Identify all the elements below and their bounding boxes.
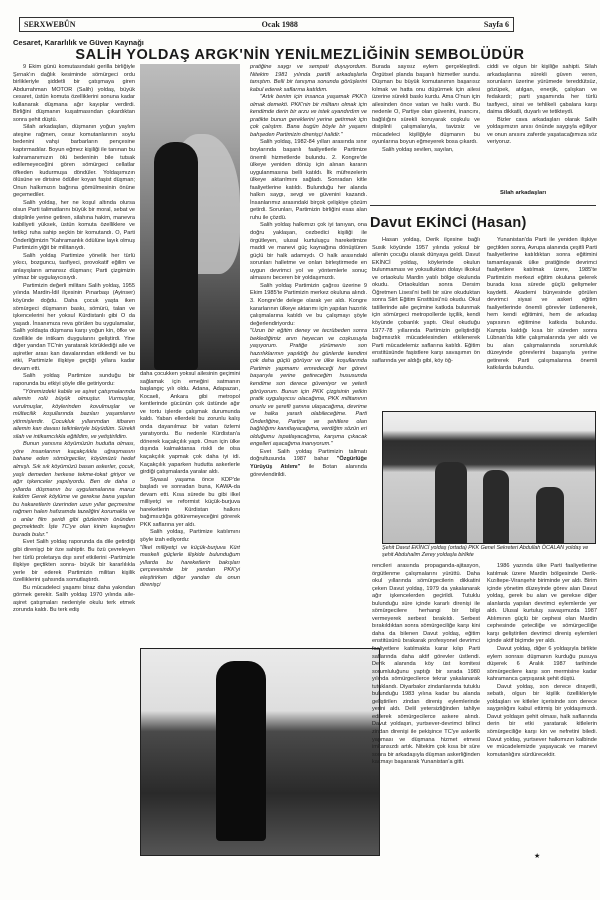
paragraph: Salih yoldaş Partimizin çağrısı üzerine … (250, 283, 367, 328)
quote-paragraph: "Artık benim için insanca yaşamak PKK'lı… (250, 94, 367, 139)
paragraph: Salih yoldaş Partimize yönelik her türlü… (13, 253, 135, 283)
paragraph: Salih yoldaş, 1982-84 yılları arasında s… (250, 139, 367, 222)
paragraph: Yunanistan'da Parti ile yeniden ilişkiye… (487, 237, 597, 373)
paragraph: 9 Ekim günü komutasındaki gerilla birliğ… (13, 64, 135, 124)
article2-column-a: Hasan yoldaş, Derik ilçesine bağlı Susik… (372, 237, 480, 409)
paragraph: Bu mücadeleci yaşamı biraz daha yakından… (13, 585, 135, 615)
article-kicker: Cesaret, Kararlılık ve Güven Kaynağı (13, 38, 144, 47)
article2-column-c: rencileri arasında propaganda-ajitasyon,… (372, 563, 480, 863)
paragraph: 1986 yazında ülke Parti faaliyetlerine k… (487, 563, 597, 646)
paragraph: Salih yoldaş, her ne koşul altında olurs… (13, 200, 135, 253)
photo-figure-shape (483, 470, 509, 544)
quote-paragraph: Bunun yanısıra köyümüzün hudutta olması,… (13, 441, 135, 539)
masthead: SERXWEBÛN Ocak 1988 Sayfa 6 (19, 17, 514, 32)
paragraph: Salih yoldaş halkımızı çok iyi tanıyan, … (250, 222, 367, 282)
end-mark-star-icon: ★ (534, 852, 540, 860)
article-headline: SALİH YOLDAŞ ARGK'NİN YENİLMEZLİĞİNİN SE… (0, 47, 600, 63)
three-men-walking-photo (382, 411, 596, 544)
paragraph: Hasan yoldaş, Derik ilçesine bağlı Susik… (372, 237, 480, 365)
paragraph: rencileri arasında propaganda-ajitasyon,… (372, 563, 480, 767)
paragraph: Partimizin değerli militanı Salih yoldaş… (13, 283, 135, 374)
paragraph: Silah arkadaşları, düşmanın yoğun yaylım… (13, 124, 135, 199)
paragraph: Bizler cava arkadaşları olarak Salih yol… (487, 117, 597, 147)
article-signature: Silah arkadaşları (500, 190, 546, 196)
paragraph: Burada sayısız eylem gerçekleştirdi. Örg… (372, 64, 480, 147)
article1-column-2: daha çocukken yoksul ailesinin geçimini … (140, 371, 240, 648)
photo-figure-shape (536, 487, 564, 544)
paragraph: Davut yoldaş, son derece dirayetli, seba… (487, 684, 597, 759)
article2-column-d: 1986 yazında ülke Parti faaliyetlerine k… (487, 563, 597, 853)
guerrilla-portrait-photo (140, 64, 240, 370)
paragraph: Evet Salih yoldaş raporunda da dile geti… (13, 539, 135, 584)
article1-column-4: Burada sayısız eylem gerçekleştirdi. Örg… (372, 64, 480, 194)
article1-column-3: pratiğine saygı ve sempati duyuyordum. N… (250, 64, 367, 644)
paragraph: ciddi ve olgun bir kişiliğe sahipti. Sil… (487, 64, 597, 117)
photo-figure-shape (435, 462, 467, 544)
paragraph: Evet Salih yoldaş Partimizin talimatı do… (250, 449, 367, 479)
issue-date: Ocak 1988 (262, 20, 298, 29)
paragraph: Salih yoldaş sevilen, sayılan, (372, 147, 480, 155)
paragraph: daha çocukken yoksul ailesinin geçimini … (140, 371, 240, 477)
article2-column-b: Yunanistan'da Parti ile yeniden ilişkiye… (487, 237, 597, 409)
section-divider (370, 205, 596, 206)
quote-paragraph: "Uzun bir eğitim deney ve tecrübeden son… (250, 328, 367, 449)
paragraph: Salih yoldaş, Partimize katılımını şöyle… (140, 529, 240, 544)
guerrilla-field-photo (140, 648, 380, 856)
article1-column-1: 9 Ekim günü komutasındaki gerilla birliğ… (13, 64, 135, 900)
quote-paragraph: "Yöremizdeki kabile ve aşiret çatışmalar… (13, 389, 135, 442)
quote-paragraph: pratiğine saygı ve sempati duyuyordum. N… (250, 64, 367, 94)
photo-figure-shape (154, 142, 198, 370)
page-number: Sayfa 6 (484, 20, 509, 29)
quote-paragraph: "İlkel milliyetçi ve küçük-burjuva Kürt … (140, 545, 240, 590)
publication-name: SERXWEBÛN (24, 20, 76, 29)
obituary-headline: Davut EKİNCİ (Hasan) (370, 215, 527, 231)
paragraph: Davut yoldaş, diğer 6 yoldaşıyla birlikt… (487, 646, 597, 684)
paragraph: Salih yoldaş Partimize sunduğu bir rapor… (13, 373, 135, 388)
photo-caption: Şehit Davut EKİNCİ yoldaş (ortada) PKK G… (382, 545, 596, 559)
paragraph: Siyasal yaşama önce KDP'de başladı ve so… (140, 477, 240, 530)
photo-figure-shape (216, 661, 266, 841)
article1-column-5: ciddi ve olgun bir kişiliğe sahipti. Sil… (487, 64, 597, 184)
